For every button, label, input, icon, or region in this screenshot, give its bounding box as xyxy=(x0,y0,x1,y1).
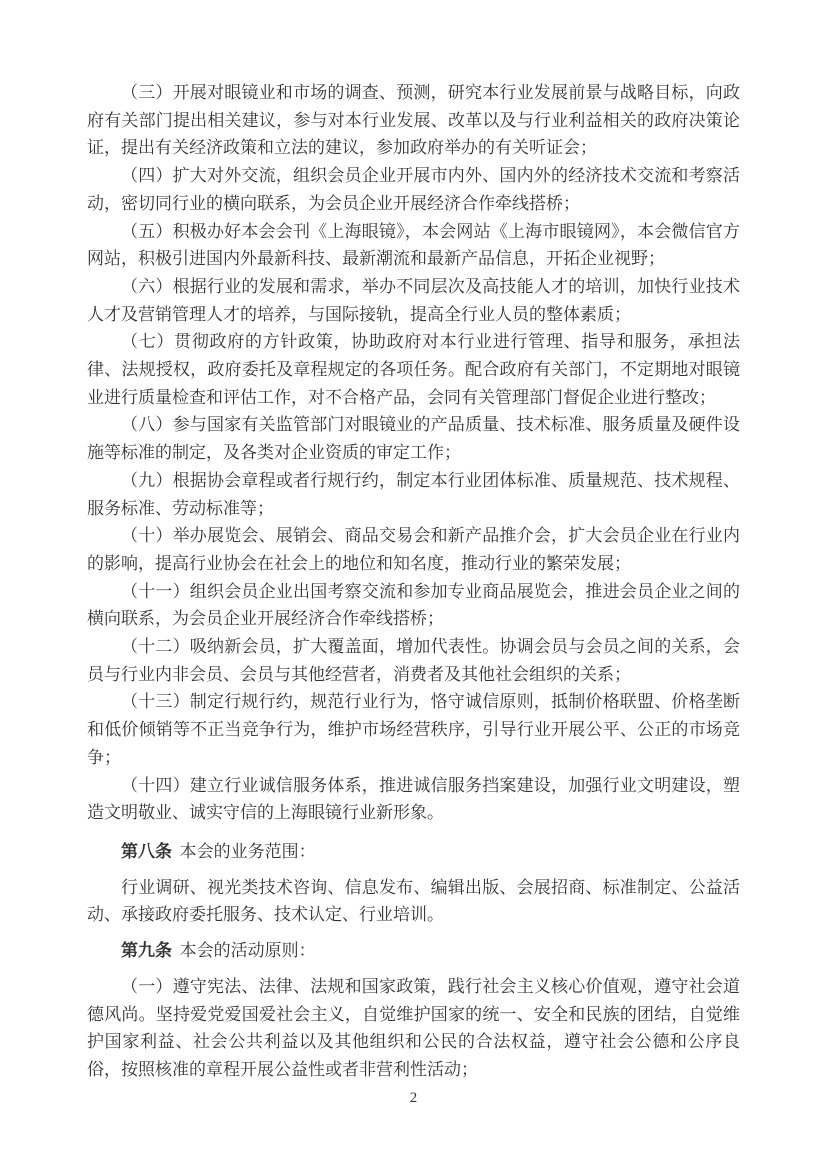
clause-paragraph-13: （十三）制定行规行约，规范行业行为，恪守诚信原则，抵制价格联盟、价格垄断和低价倾… xyxy=(87,688,740,771)
article-9-label: 第九条 xyxy=(121,941,172,960)
article-8-body: 行业调研、视光类技术咨询、信息发布、编辑出版、会展招商、标准制定、公益活动、承接… xyxy=(87,874,740,929)
clause-paragraph-4: （四）扩大对外交流，组织会员企业开展市内外、国内外的经济技术交流和考察活动，密切… xyxy=(87,162,740,217)
article-9-title: 本会的活动原则： xyxy=(180,941,316,960)
clause-paragraph-11: （十一）组织会员企业出国考察交流和参加专业商品展览会，推进会员企业之间的横向联系… xyxy=(87,578,740,633)
clause-paragraph-8: （八）参与国家有关监管部门对眼镜业的产品质量、技术标准、服务质量及硬件设施等标准… xyxy=(87,411,740,466)
clause-paragraph-10: （十）举办展览会、展销会、商品交易会和新产品推介会，扩大会员企业在行业内的影响，… xyxy=(87,522,740,577)
article-8-label: 第八条 xyxy=(121,842,172,861)
clause-paragraph-14: （十四）建立行业诚信服务体系，推进诚信服务挡案建设，加强行业文明建设，塑造文明敬… xyxy=(87,772,740,827)
clause-paragraph-7: （七）贯彻政府的方针政策，协助政府对本行业进行管理、指导和服务，承担法律、法规授… xyxy=(87,328,740,411)
clause-paragraph-9: （九）根据协会章程或者行规行约，制定本行业团体标准、质量规范、技术规程、服务标准… xyxy=(87,467,740,522)
article-8-heading: 第八条本会的业务范围： xyxy=(87,838,740,866)
page-number: 2 xyxy=(87,1089,740,1107)
clause-paragraph-3: （三）开展对眼镜业和市场的调查、预测，研究本行业发展前景与战略目标，向政府有关部… xyxy=(87,79,740,162)
article-8-title: 本会的业务范围： xyxy=(180,842,316,861)
clause-paragraph-12: （十二）吸纳新会员，扩大覆盖面，增加代表性。协调会员与会员之间的关系，会员与行业… xyxy=(87,633,740,688)
clause-paragraph-5: （五）积极办好本会会刊《上海眼镜》，本会网站《上海市眼镜网》，本会微信官方网站，… xyxy=(87,218,740,273)
article-9-clause-1: （一）遵守宪法、法律、法规和国家政策，践行社会主义核心价值观，遵守社会道德风尚。… xyxy=(87,973,740,1084)
clause-paragraph-6: （六）根据行业的发展和需求，举办不同层次及高技能人才的培训，加快行业技术人才及营… xyxy=(87,273,740,328)
article-9-heading: 第九条本会的活动原则： xyxy=(87,937,740,965)
document-page: （三）开展对眼镜业和市场的调查、预测，研究本行业发展前景与战略目标，向政府有关部… xyxy=(0,0,826,1169)
document-body: （三）开展对眼镜业和市场的调查、预测，研究本行业发展前景与战略目标，向政府有关部… xyxy=(87,79,740,1084)
